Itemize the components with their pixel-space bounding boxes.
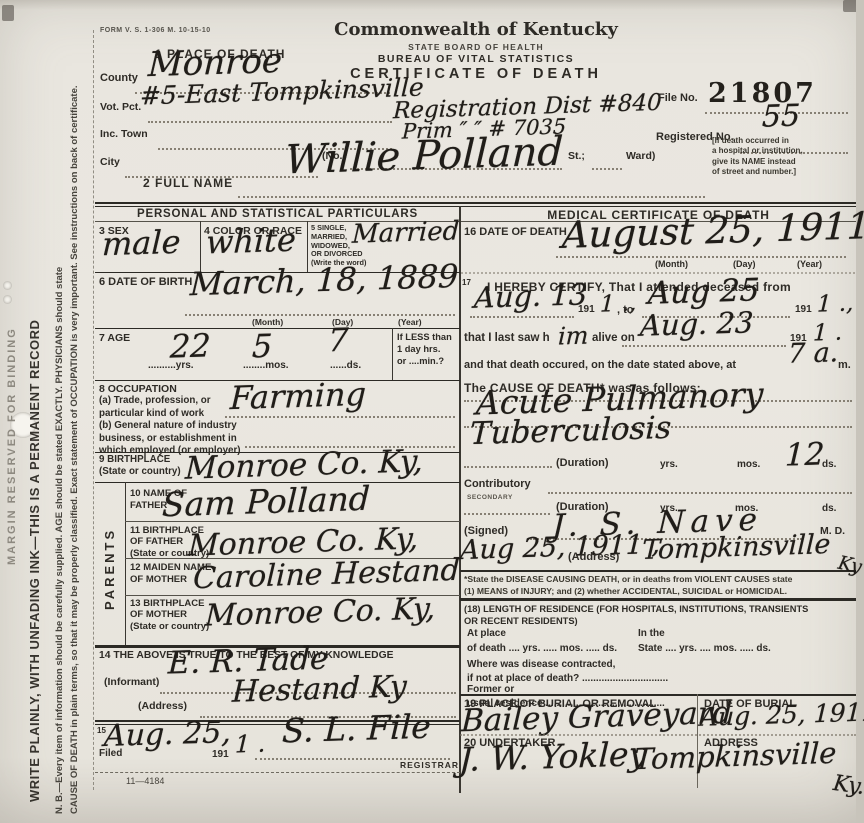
undertaker-value: J. W. Yokley — [458, 737, 647, 776]
inc-town-label: Inc. Town — [100, 128, 148, 140]
yrs-label: ..........yrs. — [148, 360, 194, 371]
physician-address-value: Tompkinsville — [642, 531, 831, 564]
day-sublabel: (Day) — [733, 259, 756, 269]
physician-address-label: (Address) — [568, 551, 619, 563]
duration2-ds-label: ds. — [822, 503, 836, 514]
less-than-day-note: If LESS than 1 day hrs. or ....min.? — [397, 331, 452, 367]
certify-item-number: 17 — [462, 278, 471, 287]
secondary-label: SECONDARY — [467, 494, 513, 501]
duration-days-value: 12 — [784, 439, 825, 471]
cell-divider — [392, 328, 393, 380]
full-name-label: 2 FULL NAME — [143, 176, 233, 190]
dotted-line — [592, 168, 622, 170]
signature-date-value: Aug 25, 1911 , — [460, 531, 661, 564]
registrar-label: REGISTRAR — [400, 760, 459, 770]
date-of-birth-label: 6 DATE OF BIRTH — [99, 276, 192, 288]
filed-year-printed: 191 — [212, 749, 229, 760]
form-number: FORM V. S. 1-306 M. 10-15-10 — [100, 27, 211, 34]
parents-label: PARENTS — [102, 528, 117, 610]
year-sublabel: (Year) — [797, 259, 822, 269]
month-sublabel: (Month) — [655, 259, 688, 269]
burial-date-value: Aug. 25, 1911 — [700, 699, 864, 730]
attended-from-value: Aug. 13 — [473, 280, 588, 313]
row-rule — [95, 328, 460, 329]
margin-write-plainly-note: WRITE PLAINLY, WITH UNFADING INK—THIS IS… — [27, 320, 42, 802]
county-label: County — [100, 72, 138, 84]
dotted-line — [556, 256, 846, 258]
parents-divider — [125, 482, 126, 645]
form-code: 11—4184 — [126, 776, 164, 786]
birthplace-value: Monroe Co. Ky, — [184, 446, 423, 485]
state-board-subtitle: STATE BOARD OF HEALTH — [296, 42, 656, 52]
street-label: St.; — [568, 150, 585, 162]
mother-birthplace-label: 13 BIRTHPLACE OF MOTHER (State or countr… — [130, 598, 209, 632]
voting-precinct-label: Vot. Pct. — [100, 101, 141, 113]
bottom-dashed-rule — [95, 772, 460, 773]
from-year-printed: 191 — [578, 304, 595, 315]
full-name-value: Willie Polland — [284, 132, 564, 181]
residence-in-state: In the State .... yrs. .... mos. ..... d… — [638, 627, 771, 656]
dotted-line — [461, 272, 855, 274]
scan-smudge — [2, 5, 14, 21]
ds-label: ......ds. — [330, 360, 361, 371]
to-year-printed: 191 — [795, 304, 812, 315]
duration-ds-label: ds. — [822, 459, 836, 470]
residence-at-place: At place of death .... yrs. ..... mos. .… — [467, 627, 617, 656]
registrar-signature: S. L. File — [281, 710, 431, 748]
violent-causes-footnote: *State the DISEASE CAUSING DEATH, or in … — [464, 573, 792, 597]
age-months-value: 5 — [251, 330, 273, 363]
dotted-line — [238, 196, 705, 198]
occupation-label: 8 OCCUPATION — [99, 383, 177, 395]
occupation-value: Farming — [229, 378, 366, 414]
filed-year-digit: 1 . — [235, 732, 266, 757]
dotted-line — [185, 314, 455, 316]
punch-hole — [3, 281, 12, 290]
residence-contracted: Where was disease contracted, if not at … — [467, 658, 668, 685]
voting-precinct-value: #5-East Tompkinsville — [140, 75, 425, 109]
death-certificate-scan: MARGIN RESERVED FOR BINDING WRITE PLAINL… — [0, 0, 864, 823]
ward-label: Ward) — [626, 150, 655, 162]
mother-name-value: Caroline Hestand — [192, 556, 460, 594]
age-label: 7 AGE — [99, 332, 130, 344]
father-name-value: Sam Polland — [161, 482, 370, 522]
birthplace-label: 9 BIRTHPLACE (State or country) — [99, 454, 181, 478]
margin-binding-note: MARGIN RESERVED FOR BINDING — [6, 327, 18, 565]
filed-date-value: Aug. 25, — [103, 718, 231, 752]
section-rule — [460, 570, 856, 572]
duration-yrs-label: yrs. — [660, 459, 678, 470]
occupation-a-label: (a) Trade, profession, or particular kin… — [99, 395, 211, 420]
marital-status-value: Married — [352, 218, 460, 247]
registered-no-value: 55 — [761, 101, 800, 132]
to-year-digit: 1 ., — [817, 292, 854, 316]
age-years-value: 22 — [169, 329, 211, 362]
death-at-line: and that death occured, on the date stat… — [464, 359, 736, 371]
saw-post-text: alive on — [592, 332, 635, 344]
margin-nb-note-line1: N. B.—Every item of information should b… — [54, 267, 65, 814]
dotted-line — [148, 121, 392, 123]
county-value: Monroe — [147, 44, 282, 82]
mos-label: ........mos. — [243, 360, 289, 371]
mother-birthplace-value: Monroe Co. Ky, — [204, 594, 435, 631]
heavy-rule — [460, 598, 856, 601]
informant-address-value: Hestand Ky — [231, 672, 407, 708]
punch-hole — [3, 295, 12, 304]
burial-place-value: Bailey Graveyard — [460, 698, 732, 738]
hospital-note: [If death occurred in a hospital or inst… — [712, 136, 803, 178]
date-of-death-value: August 25, 1911 — [561, 207, 864, 254]
month-sublabel: (Month) — [252, 317, 283, 327]
dotted-line — [464, 513, 550, 515]
section-rule — [95, 202, 856, 204]
informant-address-label: (Address) — [138, 700, 187, 712]
to-label: , to — [617, 304, 634, 316]
saw-pre-text: that I last saw h — [464, 332, 550, 344]
last-saw-value: Aug. 23 — [639, 308, 754, 341]
date-of-birth-value: March, 18, 1889 — [189, 260, 459, 300]
date-of-death-label: 16 DATE OF DEATH — [464, 226, 567, 238]
bureau-subtitle: BUREAU OF VITAL STATISTICS — [296, 53, 656, 65]
contributory-label: Contributory — [464, 478, 531, 490]
form-left-border — [93, 30, 94, 790]
dotted-line — [460, 734, 856, 736]
city-label: City — [100, 156, 120, 168]
file-no-label: File No. — [658, 92, 698, 104]
section-rule — [95, 206, 856, 207]
section-rule — [460, 694, 856, 696]
dotted-line — [464, 466, 552, 468]
undertaker-address-value: Tompkinsville — [633, 739, 836, 774]
commonwealth-title: Commonwealth of Kentucky — [296, 19, 656, 40]
dotted-line — [225, 416, 455, 418]
meridiem-label: m. — [838, 359, 851, 371]
dotted-line — [470, 316, 574, 318]
margin-nb-note-line2: CAUSE OF DEATH in plain terms, so that i… — [69, 86, 80, 815]
saw-him-handwritten: im — [558, 324, 589, 349]
color-race-value: white — [205, 224, 296, 259]
dotted-line — [622, 345, 786, 347]
residence-title: (18) LENGTH OF RESIDENCE (FOR HOSPITALS,… — [464, 603, 808, 627]
informant-label: (Informant) — [104, 676, 159, 688]
dotted-line — [548, 492, 852, 494]
cause-of-death-line2: Tuberculosis — [469, 413, 671, 450]
duration-label: (Duration) — [556, 457, 609, 469]
sex-value: male — [101, 226, 181, 261]
undertaker-address-state: Ky. — [832, 773, 864, 799]
year-sublabel: (Year) — [398, 317, 422, 327]
age-days-value: 7 — [327, 324, 349, 357]
duration-mos-label: mos. — [737, 459, 760, 470]
death-time-value: 7 a. — [787, 339, 838, 368]
stray-ink-flourish: Ky — [836, 554, 863, 578]
